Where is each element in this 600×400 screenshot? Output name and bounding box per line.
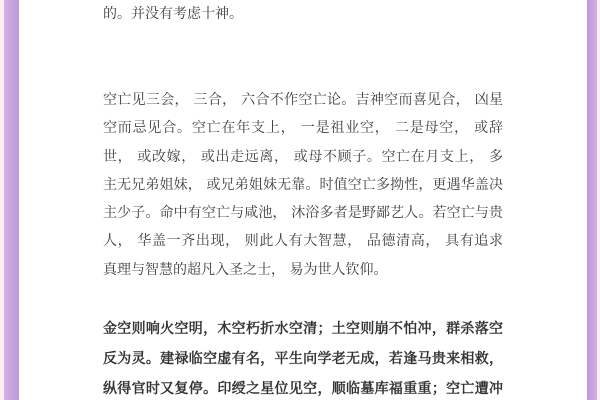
right-border-bar xyxy=(587,0,597,400)
text-line: 金空则响火空明，木空朽折水空清；土空则崩不怕冲，群杀落空 xyxy=(103,314,503,344)
page-background: 的。并没有考虑十神。 空亡见三会， 三合， 六合不作空亡论。吉神空而喜见合， 凶… xyxy=(0,0,600,400)
paragraph-verse-bold: 金空则响火空明，木空朽折水空清；土空则崩不怕冲，群杀落空 反为灵。建禄临空虚有名… xyxy=(103,314,503,400)
text-line: 空亡见三会， 三合， 六合不作空亡论。吉神空而喜见合， 凶星 xyxy=(103,86,503,114)
text-line: 主少子。命中有空亡与咸池， 沐浴多者是野鄙艺人。若空亡与贵 xyxy=(103,199,503,227)
text-line: 纵得官时又复停。印绶之星位见空，顺临墓库福重重；空亡遭冲 xyxy=(103,374,503,400)
text-line: 主无兄弟姐妹， 或兄弟姐妹无靠。时值空亡多拗性，更遇华盖决 xyxy=(103,171,503,199)
left-border-bar xyxy=(4,0,19,400)
text-line: 空而忌见合。空亡在年支上， 一是祖业空， 二是母空， 或辞 xyxy=(103,114,503,142)
text-line: 反为灵。建禄临空虚有名，平生向学老无成，若逢马贵来相救， xyxy=(103,344,503,374)
text-line: 世， 或改嫁， 或出走远离， 或母不顾子。空亡在月支上， 多 xyxy=(103,143,503,171)
text-line: 真理与智慧的超凡入圣之士， 易为世人钦仰。 xyxy=(103,256,503,284)
paragraph-kongwang-rules: 空亡见三会， 三合， 六合不作空亡论。吉神空而喜见合， 凶星 空而忌见合。空亡在… xyxy=(103,86,503,284)
text-line: 的。并没有考虑十神。 xyxy=(103,0,503,28)
text-line: 人， 华盖一齐出现， 则此人有大智慧， 品德清高， 具有追求 xyxy=(103,227,503,255)
article-page: 的。并没有考虑十神。 空亡见三会， 三合， 六合不作空亡论。吉神空而喜见合， 凶… xyxy=(19,0,587,400)
paragraph-intro-fragment: 的。并没有考虑十神。 xyxy=(103,0,503,28)
